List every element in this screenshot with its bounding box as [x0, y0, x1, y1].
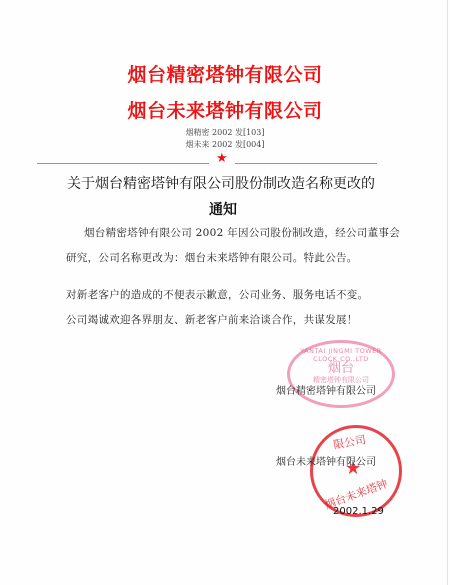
- star-icon: ★: [216, 151, 228, 166]
- signature-old-company: 烟台精密塔钟有限公司: [276, 382, 376, 397]
- notice-paragraph: 公司竭诚欢迎各界朋友、新老客户前来洽谈合作，共谋发展！: [66, 312, 358, 327]
- notice-paragraph: 烟台精密塔钟有限公司 2002 年因公司股份制改造，经公司董事会: [84, 225, 400, 240]
- notice-paragraph: 对新老客户的造成的不便表示歉意，公司业务、服务电话不变。: [66, 287, 368, 302]
- divider-right: [235, 163, 377, 164]
- signature-new-company: 烟台未来塔钟有限公司: [276, 453, 376, 468]
- notice-paragraph: 研究，公司名称更改为：烟台未来塔钟有限公司。特此公告。: [66, 250, 358, 265]
- notice-title: 关于烟台精密塔钟有限公司股份制改造名称更改的: [0, 174, 446, 194]
- notice-title-line2: 通知: [0, 200, 448, 220]
- doc-number-new: 烟未来 2002 发[004]: [0, 139, 450, 151]
- page-edge: [447, 0, 448, 585]
- seal-top-text: 限公司: [332, 431, 367, 452]
- signature-date: 2002.1.29: [333, 506, 384, 517]
- doc-number-old: 烟精密 2002 发[103]: [0, 127, 450, 139]
- company-title-new: 烟台未来塔钟有限公司: [0, 96, 450, 123]
- company-seal-old: YANTAI JINGMI TOWER CLOCK CO.,LTD 烟台 精密塔…: [287, 340, 395, 408]
- company-title-old: 烟台精密塔钟有限公司: [0, 60, 450, 87]
- seal-chinese-text: 烟台: [290, 357, 392, 376]
- company-seal-new: 限公司 ★ 烟台未来塔钟: [310, 425, 402, 517]
- divider-left: [37, 163, 209, 164]
